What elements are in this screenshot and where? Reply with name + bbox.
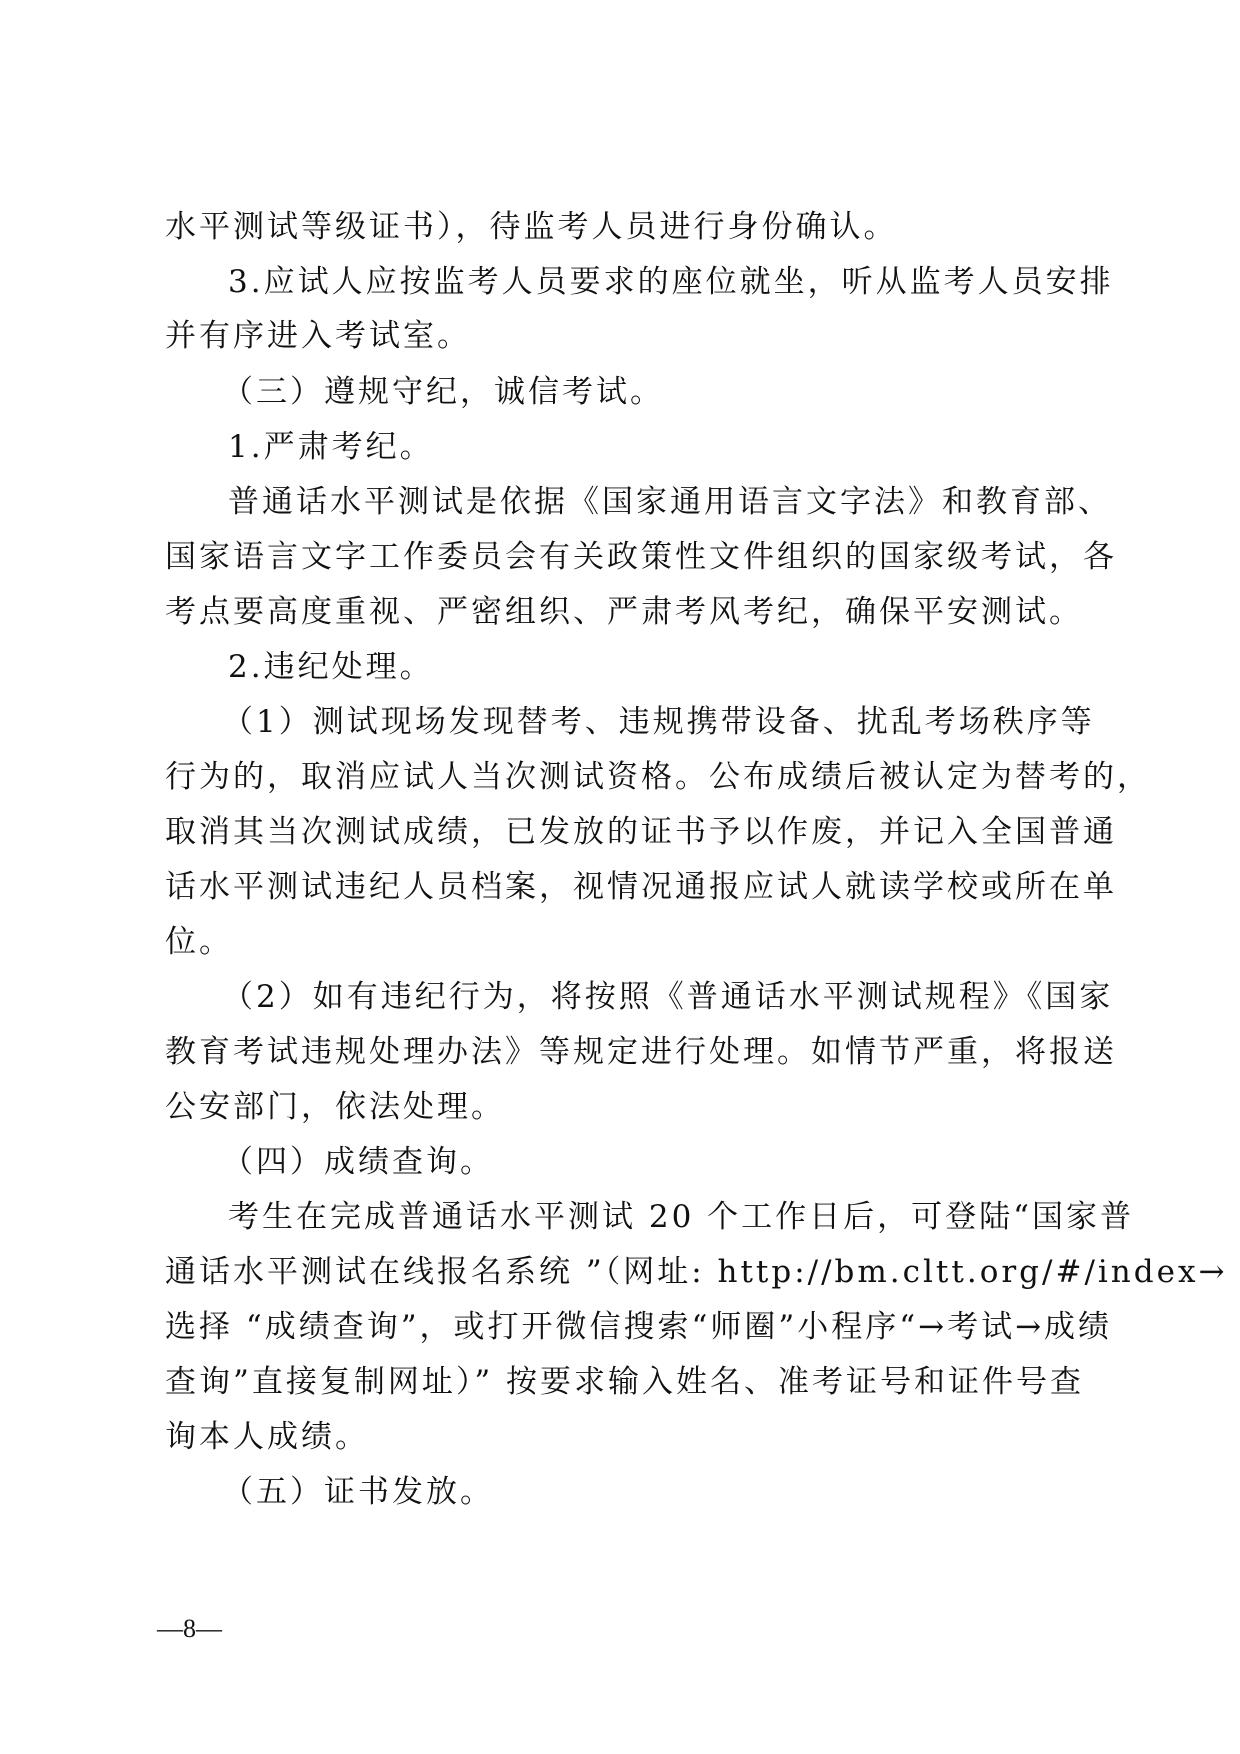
- paragraph-line: 通话水平测试在线报名系统 ”（网址: http://bm.cltt.org/#/…: [165, 1252, 1085, 1292]
- paragraph-line: 考点要高度重视、严密组织、严肃考风考纪，确保平安测试。: [165, 592, 1085, 632]
- paragraph-line: 公安部门，依法处理。: [165, 1087, 1085, 1127]
- paragraph-line: 询本人成绩。: [165, 1417, 1085, 1457]
- paragraph-line: 查询”直接复制网址）” 按要求输入姓名、准考证号和证件号查: [165, 1362, 1085, 1402]
- paragraph-line: 取消其当次测试成绩，已发放的证书予以作废，并记入全国普通: [165, 812, 1085, 852]
- section-heading: （三）遵规守纪，诚信考试。: [222, 372, 1142, 412]
- paragraph-line: 考生在完成普通话水平测试 20 个工作日后，可登陆“国家普: [228, 1197, 1148, 1237]
- page-number: —8—: [157, 1612, 222, 1646]
- paragraph-line: 国家语言文字工作委员会有关政策性文件组织的国家级考试，各: [165, 537, 1085, 577]
- paragraph-line: 3.应试人应按监考人员要求的座位就坐，听从监考人员安排: [228, 262, 1148, 302]
- paragraph-line: 普通话水平测试是依据《国家通用语言文字法》和教育部、: [228, 482, 1148, 522]
- subsection-heading: 2.违纪处理。: [228, 647, 1148, 687]
- paragraph-line: 位。: [165, 922, 1085, 962]
- paragraph-line: 教育考试违规处理办法》等规定进行处理。如情节严重，将报送: [165, 1032, 1085, 1072]
- document-page: 水平测试等级证书），待监考人员进行身份确认。 3.应试人应按监考人员要求的座位就…: [0, 0, 1240, 1754]
- subsection-heading: 1.严肃考纪。: [228, 427, 1148, 467]
- paragraph-line: 水平测试等级证书），待监考人员进行身份确认。: [165, 207, 1085, 247]
- paragraph-line: （2）如有违纪行为，将按照《普通话水平测试规程》《国家: [222, 977, 1142, 1017]
- paragraph-line: （1）测试现场发现替考、违规携带设备、扰乱考场秩序等: [222, 702, 1142, 742]
- paragraph-line: 行为的，取消应试人当次测试资格。公布成绩后被认定为替考的，: [165, 757, 1085, 797]
- section-heading: （五）证书发放。: [222, 1472, 1142, 1512]
- paragraph-line: 并有序进入考试室。: [165, 316, 1085, 356]
- paragraph-line: 话水平测试违纪人员档案，视情况通报应试人就读学校或所在单: [165, 867, 1085, 907]
- section-heading: （四）成绩查询。: [222, 1142, 1142, 1182]
- paragraph-line: 选择 “成绩查询”，或打开微信搜索“师圈”小程序“→考试→成绩: [165, 1307, 1085, 1347]
